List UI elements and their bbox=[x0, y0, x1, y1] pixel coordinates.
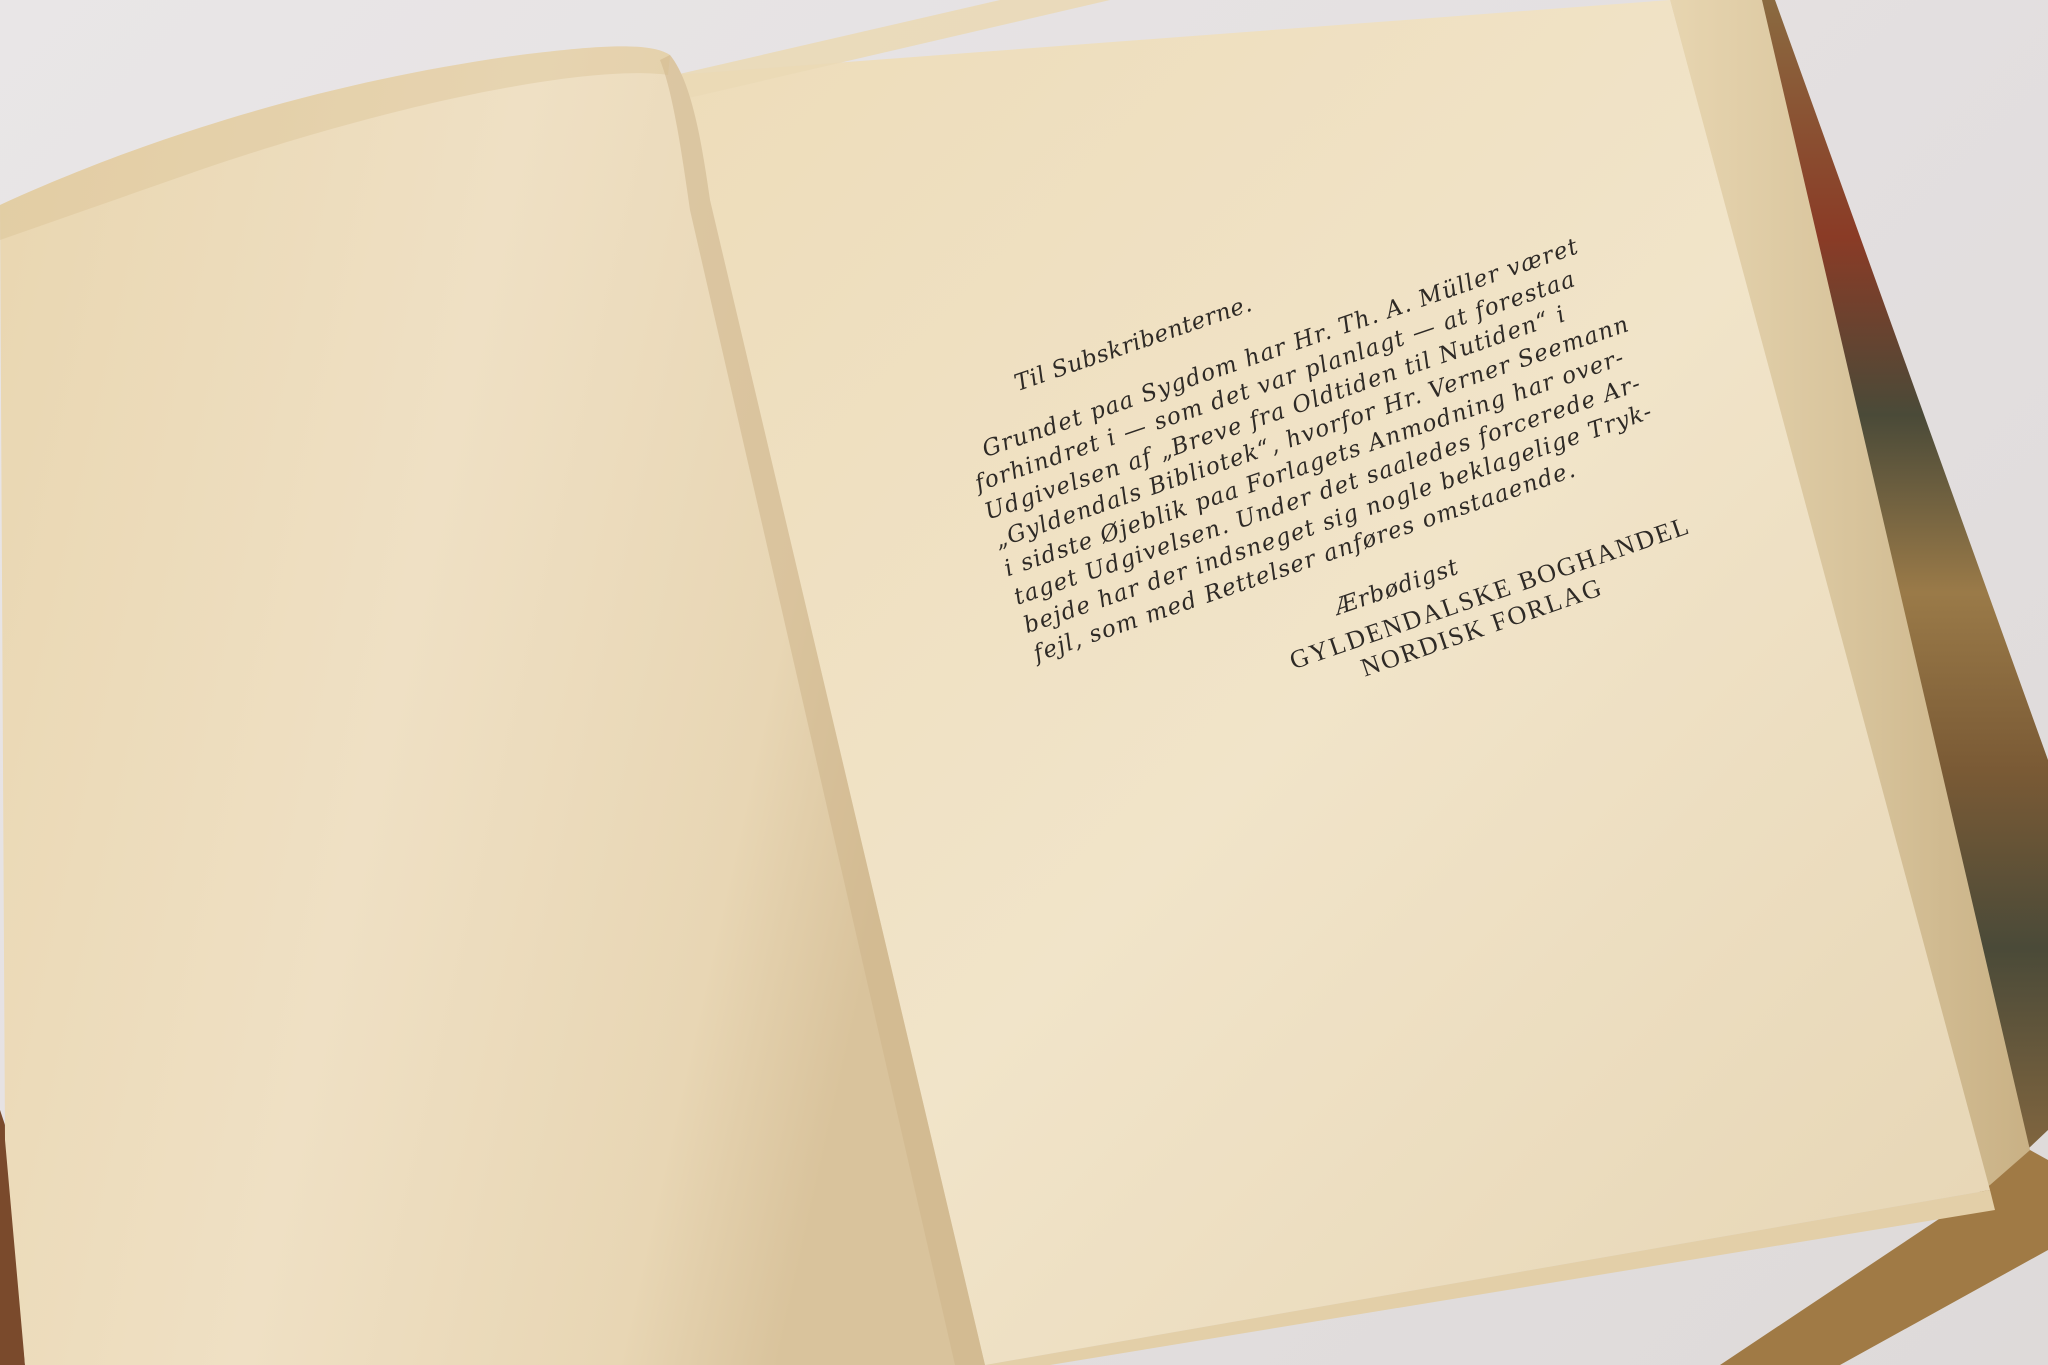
open-book bbox=[0, 0, 2048, 1365]
photo-scene: Til Subskribenterne. Grundet paa Sygdom … bbox=[0, 0, 2048, 1365]
